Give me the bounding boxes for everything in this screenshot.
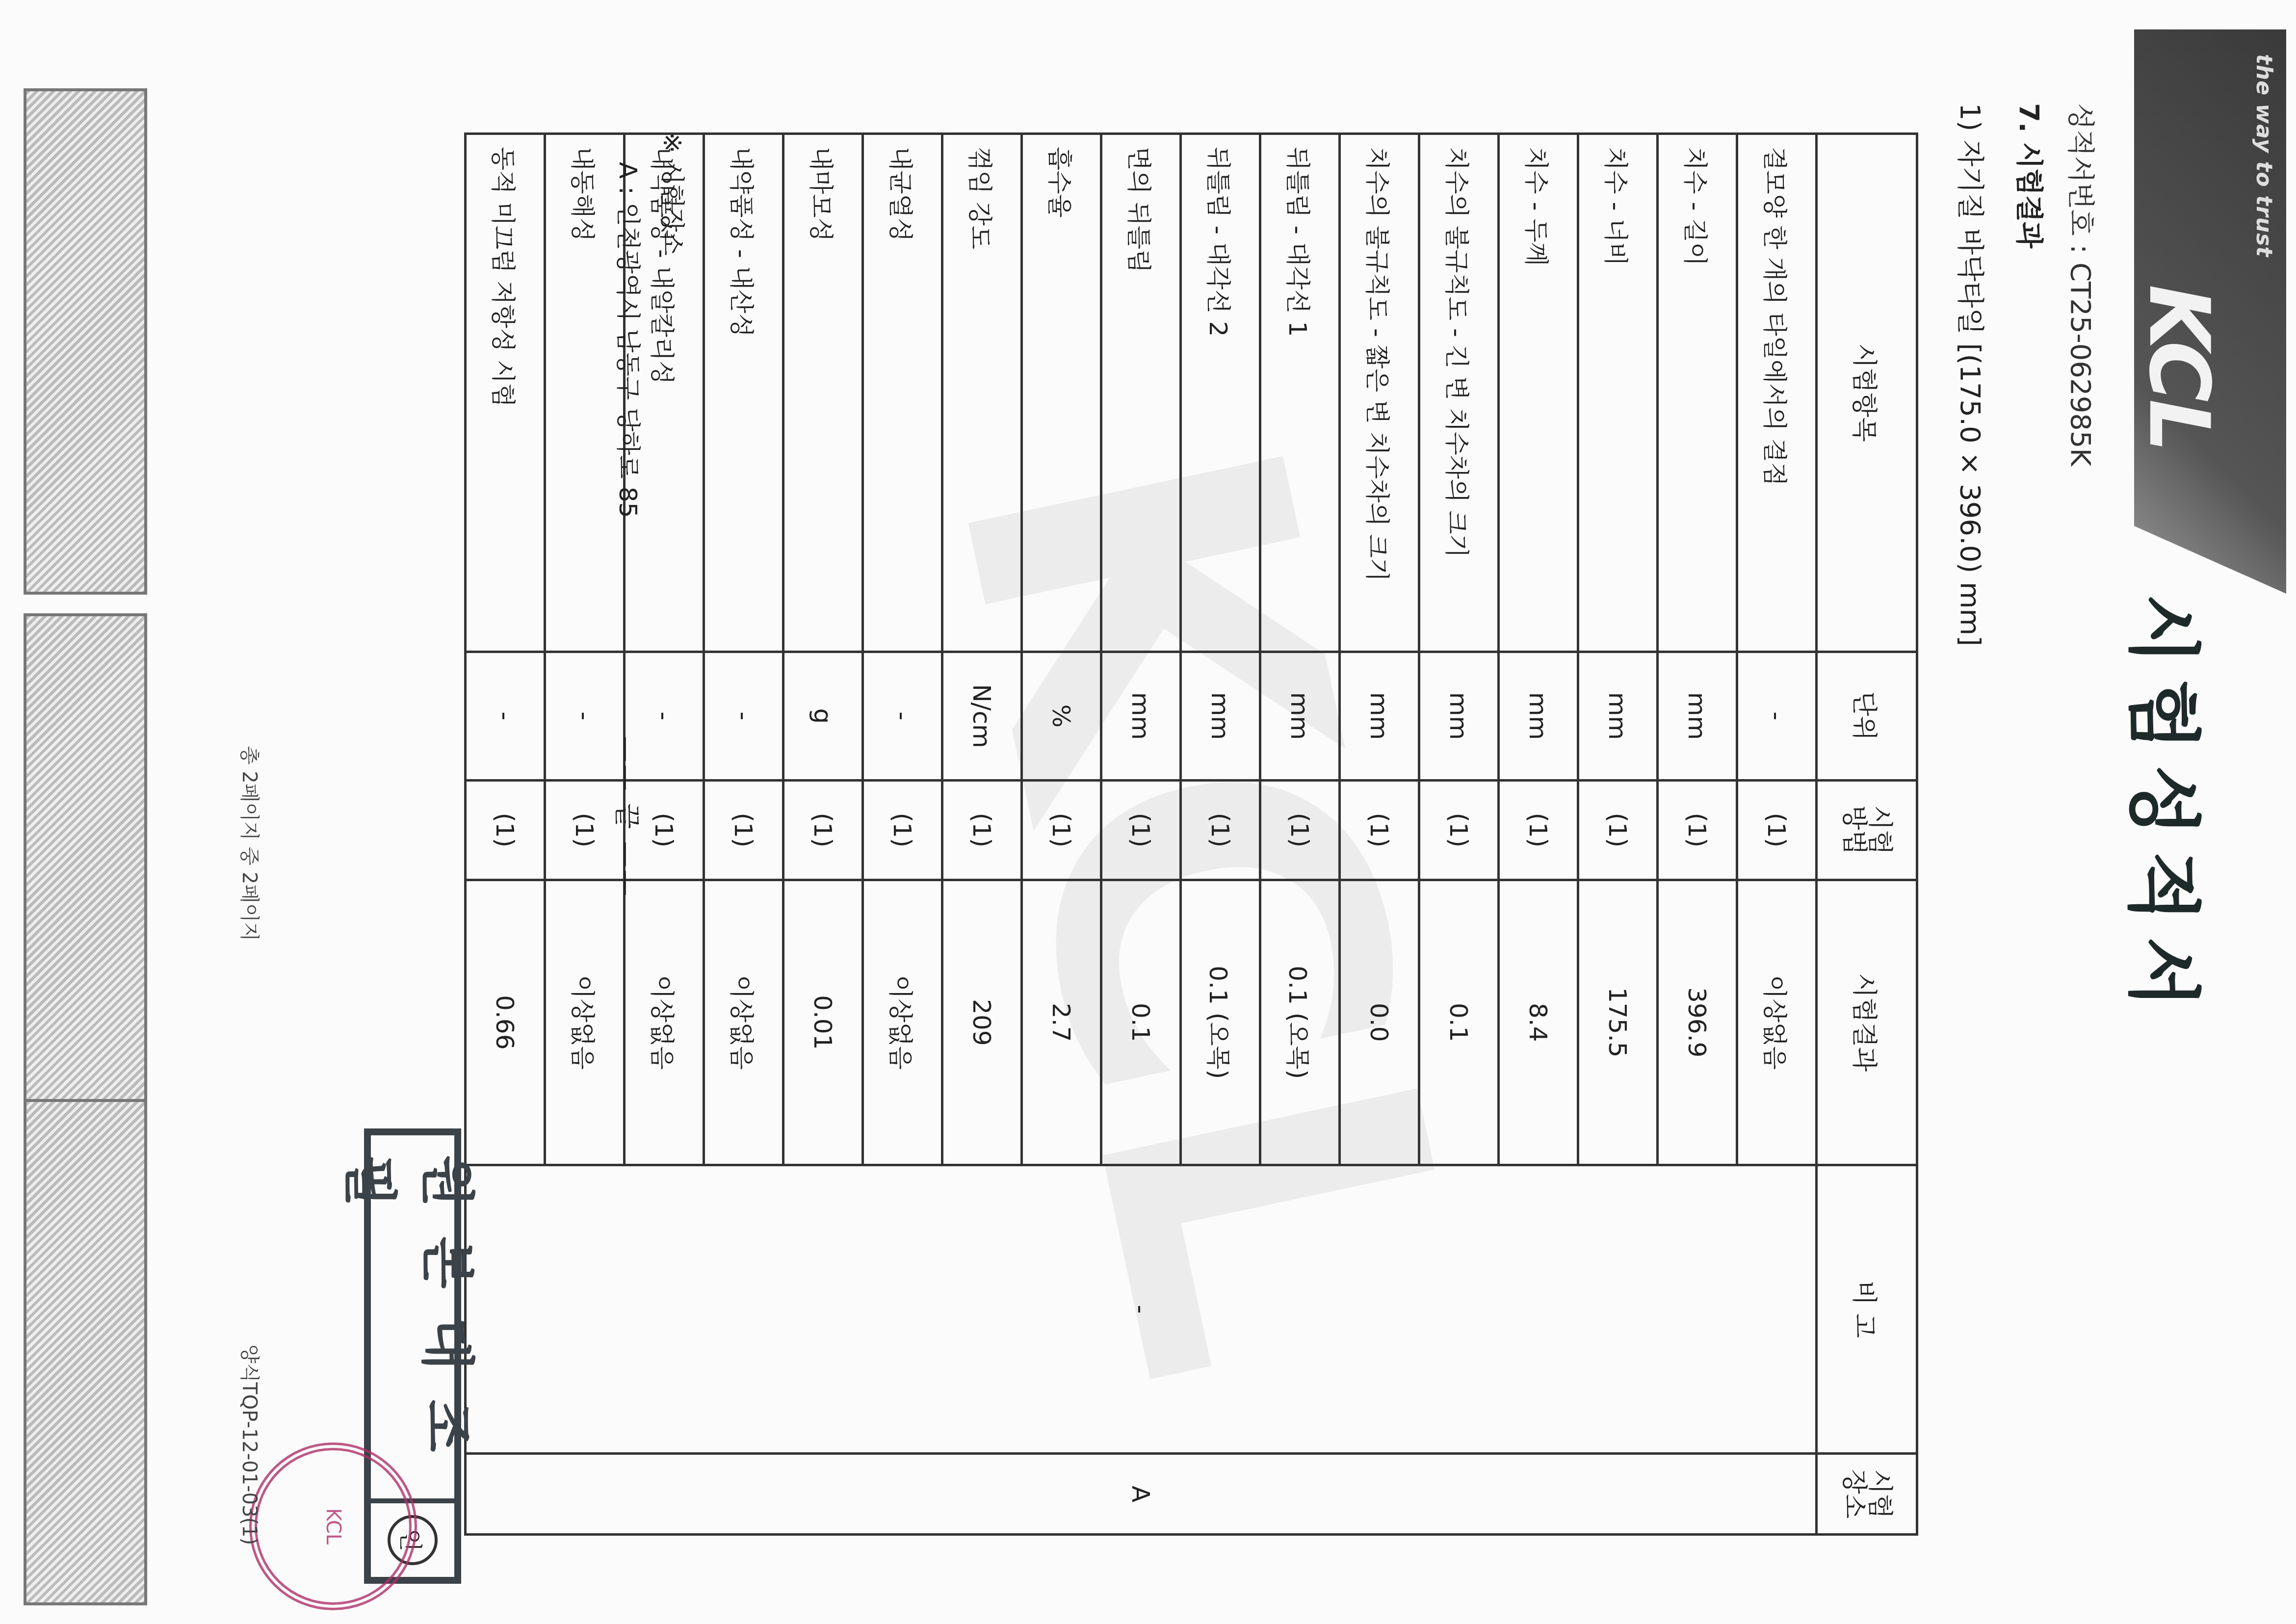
certificate-number: 성적서번호 : CT25-062985K [2063, 103, 2102, 466]
table-header-row: 시험항목 단위 시험 방법 시험결과 비 고 시험 장소 [1817, 134, 1917, 1535]
item-cell: 결모양 한 개의 타일에서의 결점 [1737, 134, 1817, 652]
result-cell: 8.4 [1499, 880, 1578, 1165]
header-remark: 비 고 [1817, 1165, 1917, 1454]
method-cell: (1) [783, 781, 863, 880]
header-unit: 단위 [1817, 652, 1917, 780]
red-official-seal-icon: KCL [249, 1442, 417, 1610]
method-cell: (1) [1658, 781, 1737, 880]
item-cell: 치수 - 너비 [1578, 134, 1658, 652]
item-cell: 내약품성 - 내산성 [704, 134, 783, 652]
result-cell: 이상없음 [1737, 880, 1817, 1165]
logo-tagline: the way to trust [2251, 54, 2276, 257]
method-cell: (1) [1101, 781, 1181, 880]
kcl-logo: KCL [2130, 285, 2227, 449]
result-cell: 0.01 [783, 880, 863, 1165]
method-cell: (1) [1340, 781, 1419, 880]
header-place: 시험 장소 [1817, 1454, 1917, 1535]
result-cell: 0.1 (오목) [1181, 880, 1260, 1165]
unit-cell: mm [1181, 652, 1260, 780]
item-cell: 치수의 불규칙도 - 긴 변 치수차의 크기 [1419, 134, 1499, 652]
test-report-page: KCL the way to trust KCL 시험성적서 성적서번호 : C… [0, 0, 2296, 1624]
unit-cell: N/cm [942, 652, 1022, 780]
section-heading: 7. 시험결과 [2011, 103, 2051, 248]
result-cell: 이상없음 [863, 880, 942, 1165]
test-results-table: 시험항목 단위 시험 방법 시험결과 비 고 시험 장소 결모양 한 개의 타일… [464, 132, 1918, 1536]
item-cell: 치수의 불규칙도 - 짧은 변 치수차의 크기 [1340, 134, 1419, 652]
test-place-note-title: ※ 시험장소 [656, 132, 692, 256]
method-cell: (1) [863, 781, 942, 880]
unit-cell: mm [1499, 652, 1578, 780]
method-cell: (1) [1260, 781, 1340, 880]
unit-cell: mm [1658, 652, 1737, 780]
kcl-logo-band: the way to trust KCL [2134, 29, 2286, 594]
header-method: 시험 방법 [1817, 781, 1917, 880]
scan-noise-block [24, 1099, 147, 1605]
table-row: 결모양 한 개의 타일에서의 결점-(1)이상없음-A [1737, 134, 1817, 1535]
item-cell: 뒤틀림 - 대각선 2 [1181, 134, 1260, 652]
item-cell: 치수 - 두께 [1499, 134, 1578, 652]
result-cell: 0.66 [466, 880, 545, 1165]
result-cell: 0.1 [1419, 880, 1499, 1165]
unit-cell: - [466, 652, 545, 780]
result-cell: 이상없음 [545, 880, 625, 1165]
result-cell: 0.0 [1340, 880, 1419, 1165]
method-cell: (1) [1737, 781, 1817, 880]
header-item: 시험항목 [1817, 134, 1917, 652]
unit-cell: % [1022, 652, 1101, 780]
document-title: 시험성적서 [2116, 594, 2222, 1023]
remark-cell: - [466, 1165, 1817, 1454]
method-cell: (1) [1181, 781, 1260, 880]
unit-cell: - [1737, 652, 1817, 780]
end-mark: —— 끝 —— [610, 736, 648, 898]
unit-cell: mm [1419, 652, 1499, 780]
cert-number-value: CT25-062985K [2064, 262, 2096, 466]
method-cell: (1) [1578, 781, 1658, 880]
result-cell: 175.5 [1578, 880, 1658, 1165]
result-cell: 396.9 [1658, 880, 1737, 1165]
unit-cell: mm [1578, 652, 1658, 780]
item-cell: 흡수율 [1022, 134, 1101, 652]
test-place-cell: A [466, 1454, 1817, 1535]
result-cell: 이상없음 [704, 880, 783, 1165]
scan-noise-block [24, 613, 147, 1120]
result-cell: 2.7 [1022, 880, 1101, 1165]
unit-cell: - [863, 652, 942, 780]
result-cell: 209 [942, 880, 1022, 1165]
item-cell: 치수 - 길이 [1658, 134, 1737, 652]
result-cell: 이상없음 [625, 880, 704, 1165]
result-cell: 0.1 [1101, 880, 1181, 1165]
scan-noise-block [24, 88, 147, 595]
unit-cell: g [783, 652, 863, 780]
item-cell: 내마모성 [783, 134, 863, 652]
method-cell: (1) [1419, 781, 1499, 880]
item-cell: 뒤틀림 - 대각선 1 [1260, 134, 1340, 652]
method-cell: (1) [942, 781, 1022, 880]
form-code: 양식TQP-12-01-03(1) [237, 1344, 265, 1545]
item-cell: 면의 뒤틀림 [1101, 134, 1181, 652]
page-number: 총 2페이지 중 2페이지 [237, 746, 265, 941]
method-cell: (1) [1022, 781, 1101, 880]
test-place-a-address: A : 인천광역시 남동구 당하로 85 [612, 162, 648, 518]
method-cell: (1) [1499, 781, 1578, 880]
cert-number-label: 성적서번호 : [2064, 103, 2096, 254]
stamp-text: 원본대조필 [335, 1135, 490, 1498]
method-cell: (1) [704, 781, 783, 880]
item-cell: 꺾임 강도 [942, 134, 1022, 652]
method-cell: (1) [466, 781, 545, 880]
unit-cell: - [704, 652, 783, 780]
item-cell: 내균열성 [863, 134, 942, 652]
result-cell: 0.1 (오목) [1260, 880, 1340, 1165]
unit-cell: mm [1260, 652, 1340, 780]
unit-cell: mm [1340, 652, 1419, 780]
unit-cell: mm [1101, 652, 1181, 780]
header-result: 시험결과 [1817, 880, 1917, 1165]
subsection-heading: 1) 자기질 바닥타일 [(175.0 × 396.0) mm] [1953, 103, 1992, 646]
item-cell: 동적 미끄럼 저항성 시험 [466, 134, 545, 652]
